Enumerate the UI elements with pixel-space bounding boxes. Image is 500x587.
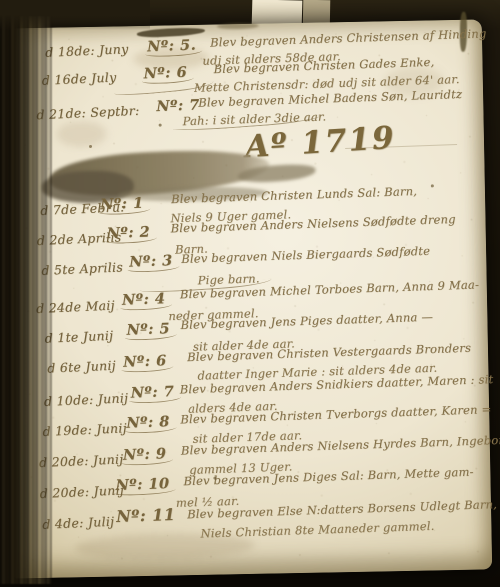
entry-text-line2: udj sit alders 58de aar. (202, 49, 341, 68)
entry-number: Nº: 2 (104, 223, 156, 244)
entry-date: d 1te Junij (44, 328, 113, 346)
manuscript-page: d 18de: Juny Nº: 5. Blev begraven Anders… (1, 19, 492, 578)
paper-stain (384, 66, 445, 97)
entry-date: d 10de: Junij (44, 390, 129, 409)
ink-dot (431, 184, 434, 187)
entry-text-line1: Blev begraven Else N:datters Borsens Udl… (187, 497, 497, 521)
entry-date: d 19de: Junij (42, 420, 127, 439)
ink-smear (217, 23, 259, 30)
paper-stain (57, 121, 107, 148)
pen-flourish (114, 81, 214, 97)
entry-text-line1: Blev begraven Anders Snidkiers daatter, … (180, 372, 494, 396)
entry-date: d 4de: Julij (42, 514, 115, 532)
entry-text-line1: Blev begraven Niels Biergaards Sødfødte (181, 244, 430, 266)
entry-text-line2: sit alder 4de aar. (193, 336, 295, 353)
entry-text-line1: Blev begraven Christen Gades Enke, (213, 55, 434, 76)
entry-number: Nº: 5. (145, 36, 203, 57)
entry-text-line2: Niels 9 Uger gamel. (170, 207, 291, 225)
paper-crease (345, 144, 457, 149)
entry-date: d 5te Aprilis (41, 259, 123, 278)
entry-number: Nº: 7 (128, 383, 180, 404)
entry-date: d 16de July (41, 70, 116, 88)
page-content: d 18de: Juny Nº: 5. Blev begraven Anders… (0, 0, 500, 587)
entry-date: d 6te Junij (47, 358, 116, 376)
entry-text-line2: neder gammel. (168, 306, 259, 323)
entry-text-line1: Blev begraven Michel Badens Søn, Lauridt… (198, 87, 462, 110)
entry-number: Nº: 9 (121, 445, 173, 466)
paper-stain (75, 532, 255, 561)
entry-text-line2: daatter Inger Marie : sit alders 4de aar… (197, 361, 437, 383)
entry-text-line1: Blev begraven Christen Tverborgs daatter… (180, 402, 491, 426)
entry-text-line2: alders 4de aar. (188, 399, 278, 416)
entry-text-line2: mel ½ aar. (176, 494, 240, 510)
manuscript-photo: d 18de: Juny Nº: 5. Blev begraven Anders… (0, 0, 500, 587)
entry-text-line2: Pah: i sit alder 3die aar. (182, 109, 326, 128)
entry-text-line2: Mette Christensdr: død udj sit alder 64'… (194, 72, 460, 95)
entry-text-line2: Pige barn. (197, 271, 259, 287)
entry-number: Nº: 6 (121, 352, 173, 373)
entry-text-line2: Niels Christian 8te Maaneder gammel. (200, 519, 434, 541)
entry-text-line1: Blev begraven Anders Christensen af Hind… (210, 26, 487, 49)
entry-number: Nº: 7 (156, 96, 200, 115)
entry-number: Nº: 5 (124, 320, 176, 341)
book-binding-top-shadow (0, 0, 150, 30)
entry-text-line2: sit alder 17de aar. (192, 428, 302, 446)
year-heading: Aº 1719 (244, 120, 397, 165)
entry-number: Nº: 3 (127, 252, 179, 273)
ink-dot (159, 124, 162, 127)
entry-number: Nº: 6 (141, 64, 193, 85)
entry-text-line2: gammel 13 Uger. (189, 459, 293, 476)
book-binding (0, 16, 52, 584)
entry-number: Nº: 4 (120, 290, 172, 311)
entry-text-line2: Barn. (175, 242, 208, 257)
entry-date: d 20de: Junij (39, 482, 124, 501)
pen-flourish (173, 115, 323, 133)
entry-text-line1: Blev begraven Anders Nielsens Hyrdes Bar… (181, 433, 500, 458)
entry-text-line1: Blev begraven Jens Diges Sal: Barn, Mett… (183, 465, 474, 489)
ink-dot (89, 145, 92, 148)
entry-number: Nº: 10 (113, 475, 176, 496)
entry-number: Nº: 8 (124, 413, 176, 434)
pen-flourish (140, 279, 272, 294)
entry-date: d 18de: Juny (45, 41, 129, 60)
ink-dot (213, 477, 216, 480)
entry-number: Nº: 11 (116, 505, 176, 526)
entry-text-line1: Blev begraven Michel Torboes Barn, Anna … (180, 277, 480, 301)
entry-text-line1: Blev begraven Christen Vestergaards Bron… (187, 341, 471, 364)
paper-stain (133, 47, 209, 70)
ink-blot-dark (42, 170, 135, 204)
entry-text-line1: Blev begraven Anders Nielsens Sødfødte d… (170, 212, 455, 235)
page-edge-mark (460, 12, 468, 52)
entry-text-line1: Blev begraven Jens Piges daatter, Anna — (180, 310, 433, 332)
